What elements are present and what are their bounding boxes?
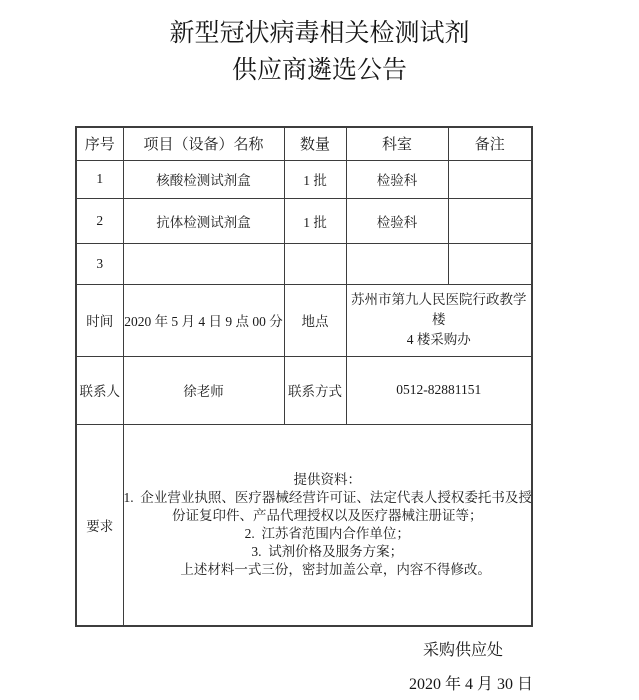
row1-seq: 1 [76, 160, 123, 198]
row2-name: 抗体检测试剂盒 [123, 198, 284, 243]
table-row: 3 [76, 243, 532, 284]
row2-seq: 2 [76, 198, 123, 243]
row2-qty: 1 批 [284, 198, 346, 243]
notice-document: 新型冠状病毒相关检测试剂 供应商遴选公告 序号 项目（设备）名称 数量 科室 备… [0, 0, 639, 700]
row1-dept: 检验科 [346, 160, 448, 198]
row2-dept: 检验科 [346, 198, 448, 243]
page-title-line2: 供应商遴选公告 [0, 52, 639, 89]
time-label: 时间 [76, 284, 123, 356]
table-row: 1 核酸检测试剂盒 1 批 检验科 [76, 160, 532, 198]
contact-method-value: 0512-82881151 [346, 356, 532, 424]
page-title-line1: 新型冠状病毒相关检测试剂 [0, 15, 639, 52]
time-value: 2020 年 5 月 4 日 9 点 00 分 [123, 284, 284, 356]
row1-name: 核酸检测试剂盒 [123, 160, 284, 198]
contact-label: 联系人 [76, 356, 123, 424]
notice-table: 序号 项目（设备）名称 数量 科室 备注 1 核酸检测试剂盒 1 批 检验科 2… [75, 126, 533, 627]
time-row: 时间 2020 年 5 月 4 日 9 点 00 分 地点 苏州市第九人民医院行… [76, 284, 532, 356]
requirement-label: 要求 [76, 424, 123, 626]
row3-note [448, 243, 532, 284]
place-value: 苏州市第九人民医院行政教学楼 4 楼采购办 [346, 284, 532, 356]
table-row: 2 抗体检测试剂盒 1 批 检验科 [76, 198, 532, 243]
page-title: 新型冠状病毒相关检测试剂 供应商遴选公告 [0, 15, 639, 89]
footer-date: 2020 年 4 月 30 日 [409, 671, 533, 694]
header-cell-seq: 序号 [76, 127, 123, 160]
header-cell-dept: 科室 [346, 127, 448, 160]
contact-row: 联系人 徐老师 联系方式 0512-82881151 [76, 356, 532, 424]
table-header-row: 序号 项目（设备）名称 数量 科室 备注 [76, 127, 532, 160]
requirement-content: 提供资料： 1. 企业营业执照、医疗器械经营许可证、法定代表人授权委托书及授权人… [123, 424, 532, 626]
row1-note [448, 160, 532, 198]
header-cell-name: 项目（设备）名称 [123, 127, 284, 160]
footer-department: 采购供应处 [423, 637, 503, 660]
place-label: 地点 [284, 284, 346, 356]
row3-qty [284, 243, 346, 284]
header-cell-qty: 数量 [284, 127, 346, 160]
row3-dept [346, 243, 448, 284]
requirement-row: 要求 提供资料： 1. 企业营业执照、医疗器械经营许可证、法定代表人授权委托书及… [76, 424, 532, 626]
row2-note [448, 198, 532, 243]
contact-method-label: 联系方式 [284, 356, 346, 424]
row3-name [123, 243, 284, 284]
contact-value: 徐老师 [123, 356, 284, 424]
row3-seq: 3 [76, 243, 123, 284]
row1-qty: 1 批 [284, 160, 346, 198]
header-cell-note: 备注 [448, 127, 532, 160]
